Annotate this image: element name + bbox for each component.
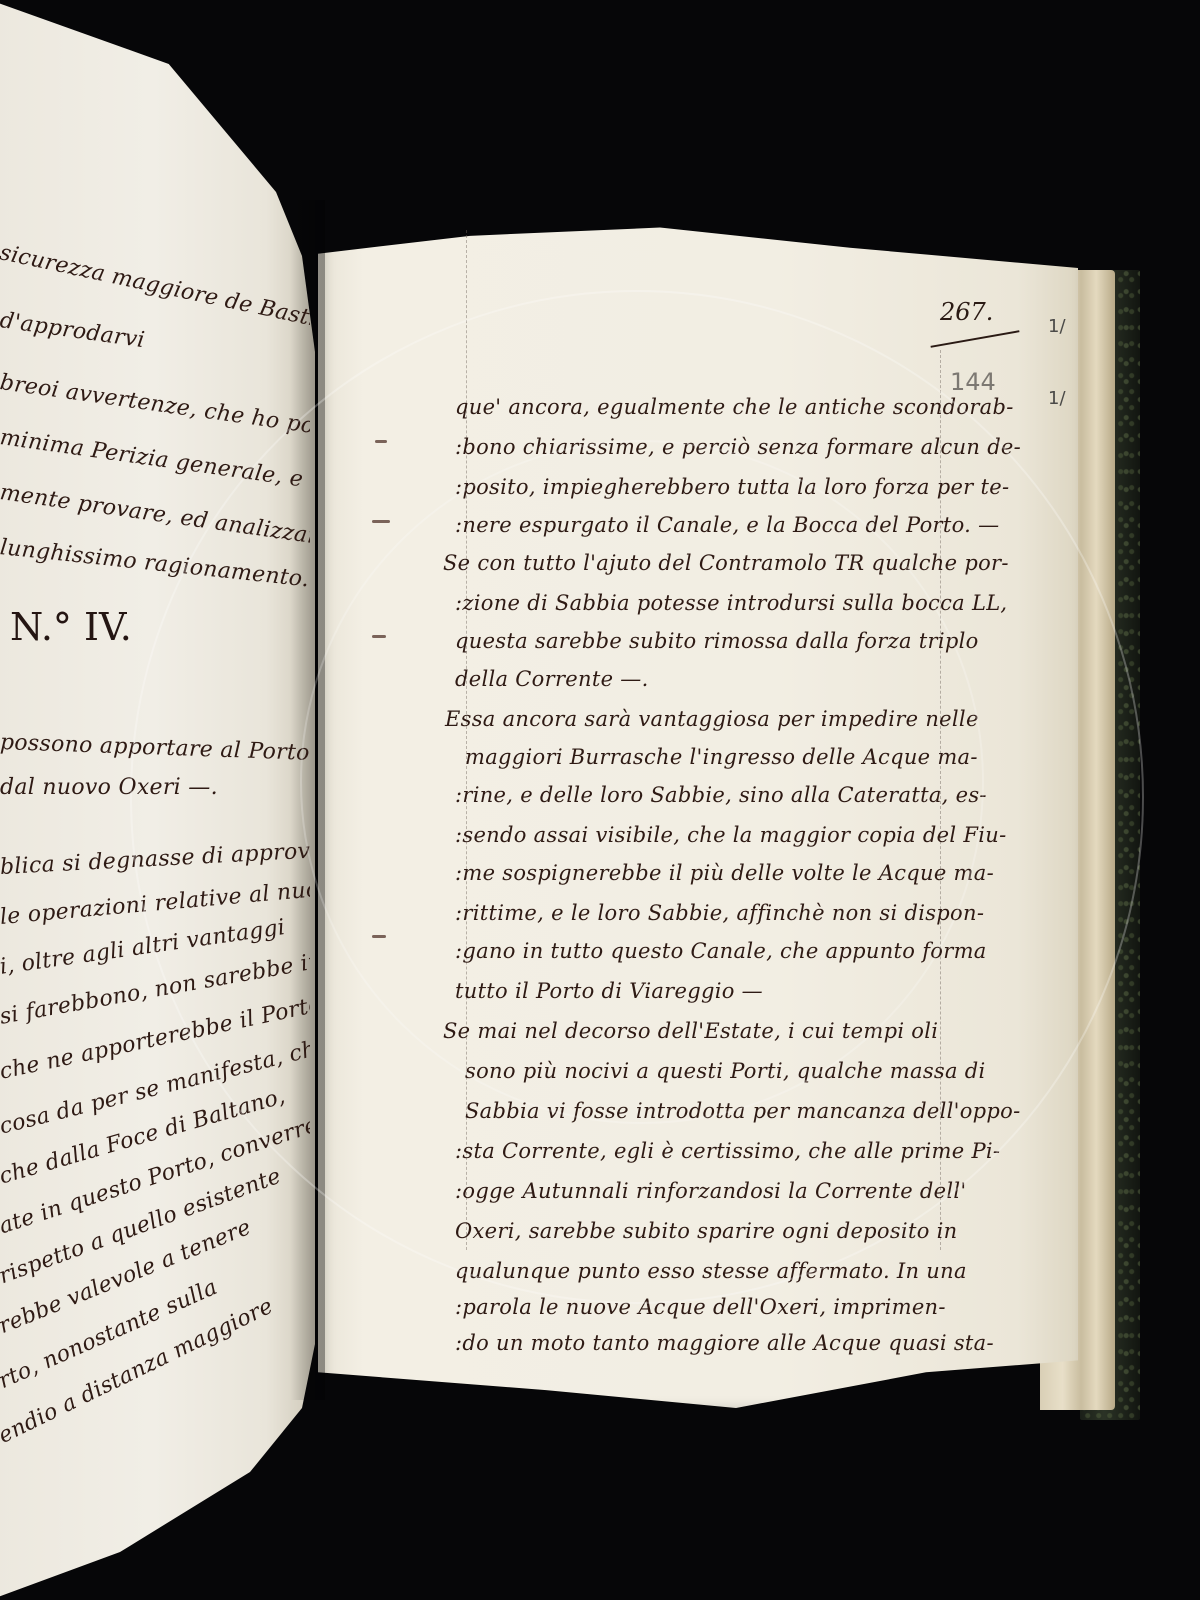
folio-number-ink: 267. xyxy=(940,298,993,326)
text-line: Oxeri, sarebbe subito sparire ogni depos… xyxy=(455,1219,957,1243)
text-line: :nere espurgato il Canale, e la Bocca de… xyxy=(455,513,999,537)
text-line: Se mai nel decorso dell'Estate, i cui te… xyxy=(443,1019,938,1043)
text-line: Se con tutto l'ajuto del Contramolo TR q… xyxy=(443,551,1009,575)
margin-mark xyxy=(372,935,386,938)
text-line: :posito, impiegherebbero tutta la loro f… xyxy=(455,475,1009,499)
text-line: :sta Corrente, egli è certissimo, che al… xyxy=(455,1139,1000,1163)
manuscript-scene: 267. 144 1/ 1/ que' ancora, egualmente c… xyxy=(0,0,1200,1600)
text-line: della Corrente —. xyxy=(455,667,649,691)
text-line: Sabbia vi fosse introdotta per mancanza … xyxy=(465,1099,1021,1123)
text-line: questa sarebbe subito rimossa dalla forz… xyxy=(455,629,979,653)
edge-mark: 1/ xyxy=(1048,316,1066,337)
text-line: :sendo assai visibile, che la maggior co… xyxy=(455,823,1007,847)
left-page-text: sicurezza maggiore de Bastimenti d'appro… xyxy=(0,230,310,1480)
text-line: blica si degnasse di approvare xyxy=(0,837,310,880)
text-line: :bono chiarissime, e perciò senza formar… xyxy=(455,435,1021,459)
margin-mark xyxy=(372,635,386,638)
text-line: :me sospignerebbe il più delle volte le … xyxy=(455,861,994,885)
margin-mark xyxy=(372,520,390,523)
text-line: Essa ancora sarà vantaggiosa per impedir… xyxy=(445,707,979,731)
edge-mark: 1/ xyxy=(1048,388,1066,409)
text-line: qualunque punto esso stesse affermato. I… xyxy=(455,1259,967,1283)
margin-mark xyxy=(375,440,387,443)
text-line: d'approdarvi xyxy=(0,308,146,353)
text-line: dal nuovo Oxeri —. xyxy=(0,775,218,800)
pencil-margin-line xyxy=(466,230,468,1250)
folio-number-pencil: 144 xyxy=(950,368,996,396)
text-line: lunghissimo ragionamento. xyxy=(0,535,310,592)
text-line: :parola le nuove Acque dell'Oxeri, impri… xyxy=(455,1295,946,1319)
text-line: :ogge Autunnali rinforzandosi la Corrent… xyxy=(455,1179,967,1203)
text-line: :rine, e delle loro Sabbie, sino alla Ca… xyxy=(455,783,987,807)
text-line: :do un moto tanto maggiore alle Acque qu… xyxy=(455,1331,994,1355)
text-line: :rittime, e le loro Sabbie, affinchè non… xyxy=(455,901,984,925)
text-line: possono apportare al Porto di Via xyxy=(0,730,310,768)
text-line: sono più nocivi a questi Porti, qualche … xyxy=(465,1059,986,1083)
text-line: :gano in tutto questo Canale, che appunt… xyxy=(455,939,987,963)
text-line: :zione di Sabbia potesse introdursi sull… xyxy=(455,591,1007,615)
text-line: maggiori Burrasche l'ingresso delle Acqu… xyxy=(465,745,978,769)
text-line: que' ancora, egualmente che le antiche s… xyxy=(455,395,1014,419)
text-line: tutto il Porto di Viareggio — xyxy=(455,979,763,1003)
section-heading: N.° IV. xyxy=(10,605,132,649)
